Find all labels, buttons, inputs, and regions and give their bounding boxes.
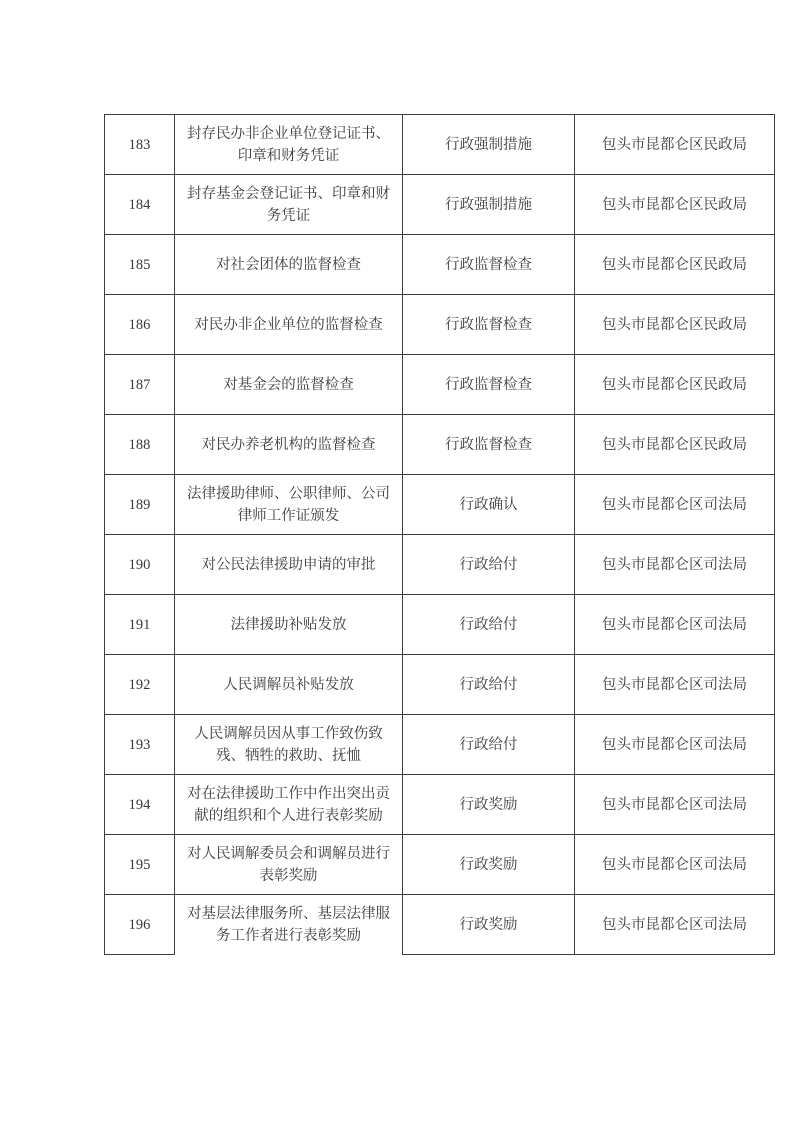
row-number-cell: 194 bbox=[105, 775, 175, 835]
category-cell: 行政监督检查 bbox=[403, 415, 575, 475]
item-name-cell: 对基层法律服务所、基层法律服务工作者进行表彰奖励 bbox=[175, 895, 403, 955]
item-name-cell: 对民办非企业单位的监督检查 bbox=[175, 295, 403, 355]
item-name-cell: 封存基金会登记证书、印章和财务凭证 bbox=[175, 175, 403, 235]
category-cell: 行政监督检查 bbox=[403, 355, 575, 415]
category-cell: 行政给付 bbox=[403, 655, 575, 715]
department-cell: 包头市昆都仑区司法局 bbox=[575, 475, 775, 535]
department-cell: 包头市昆都仑区民政局 bbox=[575, 415, 775, 475]
department-cell: 包头市昆都仑区民政局 bbox=[575, 175, 775, 235]
department-cell: 包头市昆都仑区民政局 bbox=[575, 295, 775, 355]
item-name-cell: 对基金会的监督检查 bbox=[175, 355, 403, 415]
department-cell: 包头市昆都仑区民政局 bbox=[575, 235, 775, 295]
row-number-cell: 187 bbox=[105, 355, 175, 415]
category-cell: 行政给付 bbox=[403, 715, 575, 775]
item-name-cell: 法律援助补贴发放 bbox=[175, 595, 403, 655]
category-cell: 行政强制措施 bbox=[403, 115, 575, 175]
category-cell: 行政奖励 bbox=[403, 835, 575, 895]
category-cell: 行政确认 bbox=[403, 475, 575, 535]
category-cell: 行政奖励 bbox=[403, 895, 575, 955]
administrative-items-table: 183 封存民办非企业单位登记证书、印章和财务凭证 行政强制措施 包头市昆都仑区… bbox=[104, 114, 775, 955]
row-number-cell: 193 bbox=[105, 715, 175, 775]
row-number-cell: 191 bbox=[105, 595, 175, 655]
department-cell: 包头市昆都仑区司法局 bbox=[575, 835, 775, 895]
item-name-cell: 对公民法律援助申请的审批 bbox=[175, 535, 403, 595]
category-cell: 行政监督检查 bbox=[403, 295, 575, 355]
item-name-cell: 人民调解员补贴发放 bbox=[175, 655, 403, 715]
row-number-cell: 195 bbox=[105, 835, 175, 895]
department-cell: 包头市昆都仑区民政局 bbox=[575, 355, 775, 415]
row-number-cell: 188 bbox=[105, 415, 175, 475]
department-cell: 包头市昆都仑区司法局 bbox=[575, 895, 775, 955]
row-number-cell: 190 bbox=[105, 535, 175, 595]
row-number-cell: 186 bbox=[105, 295, 175, 355]
category-cell: 行政给付 bbox=[403, 595, 575, 655]
department-cell: 包头市昆都仑区司法局 bbox=[575, 775, 775, 835]
item-name-cell: 封存民办非企业单位登记证书、印章和财务凭证 bbox=[175, 115, 403, 175]
category-cell: 行政强制措施 bbox=[403, 175, 575, 235]
item-name-cell: 对在法律援助工作中作出突出贡献的组织和个人进行表彰奖励 bbox=[175, 775, 403, 835]
item-name-cell: 对社会团体的监督检查 bbox=[175, 235, 403, 295]
category-cell: 行政奖励 bbox=[403, 775, 575, 835]
department-cell: 包头市昆都仑区民政局 bbox=[575, 115, 775, 175]
department-cell: 包头市昆都仑区司法局 bbox=[575, 655, 775, 715]
category-cell: 行政给付 bbox=[403, 535, 575, 595]
row-number-cell: 189 bbox=[105, 475, 175, 535]
item-name-cell: 法律援助律师、公职律师、公司律师工作证颁发 bbox=[175, 475, 403, 535]
department-cell: 包头市昆都仑区司法局 bbox=[575, 715, 775, 775]
item-name-cell: 对人民调解委员会和调解员进行表彰奖励 bbox=[175, 835, 403, 895]
item-name-cell: 对民办养老机构的监督检查 bbox=[175, 415, 403, 475]
department-cell: 包头市昆都仑区司法局 bbox=[575, 595, 775, 655]
row-number-cell: 185 bbox=[105, 235, 175, 295]
department-cell: 包头市昆都仑区司法局 bbox=[575, 535, 775, 595]
row-number-cell: 183 bbox=[105, 115, 175, 175]
row-number-cell: 192 bbox=[105, 655, 175, 715]
row-number-cell: 184 bbox=[105, 175, 175, 235]
row-number-cell: 196 bbox=[105, 895, 175, 955]
document-page: 183 封存民办非企业单位登记证书、印章和财务凭证 行政强制措施 包头市昆都仑区… bbox=[0, 0, 793, 1122]
category-cell: 行政监督检查 bbox=[403, 235, 575, 295]
item-name-cell: 人民调解员因从事工作致伤致残、牺牲的救助、抚恤 bbox=[175, 715, 403, 775]
